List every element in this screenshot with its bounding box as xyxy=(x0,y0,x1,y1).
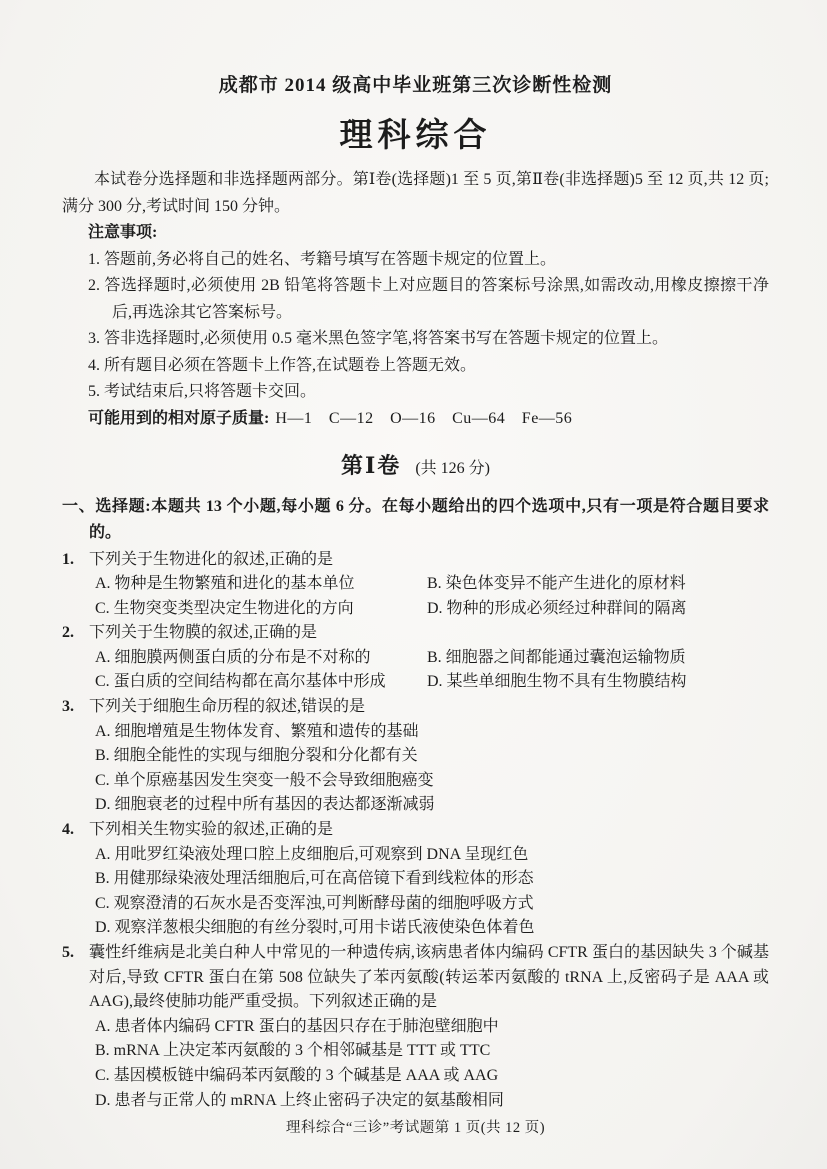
question-number: 5. xyxy=(62,941,89,1113)
option-a: A. 细胞增殖是生物体发育、繁殖和遗传的基础 xyxy=(95,720,769,745)
option-d: D. 患者与正常人的 mRNA 上终止密码子决定的氨基酸相同 xyxy=(95,1089,769,1114)
question-2: 2. 下列关于生物膜的叙述,正确的是 A. 细胞膜两侧蛋白质的分布是不对称的 B… xyxy=(62,621,769,695)
note-item-2: 2. 答选择题时,必须使用 2B 铅笔将答题卡上对应题目的答案标号涂黑,如需改动… xyxy=(88,273,769,326)
options-list: A. 细胞增殖是生物体发育、繁殖和遗传的基础 B. 细胞全能性的实现与细胞分裂和… xyxy=(95,720,769,818)
question-number: 3. xyxy=(62,695,89,818)
option-b: B. 用健那绿染液处理活细胞后,可在高倍镜下看到线粒体的形态 xyxy=(95,867,769,892)
atomic-mass-line: 可能用到的相对原子质量:H—1 C—12 O—16 Cu—64 Fe—56 xyxy=(88,406,769,432)
section-score: (共 126 分) xyxy=(415,460,490,477)
option-c: C. 观察澄清的石灰水是否变浑浊,可判断酵母菌的细胞呼吸方式 xyxy=(95,892,769,917)
option-a: A. 物种是生物繁殖和进化的基本单位 xyxy=(95,572,427,597)
question-1: 1. 下列关于生物进化的叙述,正确的是 A. 物种是生物繁殖和进化的基本单位 B… xyxy=(62,548,769,622)
question-number: 4. xyxy=(62,818,89,941)
note-item-3: 3. 答非选择题时,必须使用 0.5 毫米黑色签字笔,将答案书写在答题卡规定的位… xyxy=(88,326,769,353)
exam-page: 成都市 2014 级高中毕业班第三次诊断性检测 理科综合 本试卷分选择题和非选择… xyxy=(0,0,827,1169)
question-stem: 下列相关生物实验的叙述,正确的是 xyxy=(89,818,769,843)
intro-paragraph: 本试卷分选择题和非选择题两部分。第Ⅰ卷(选择题)1 至 5 页,第Ⅱ卷(非选择题… xyxy=(62,166,769,220)
atomic-mass-values: H—1 C—12 O—16 Cu—64 Fe—56 xyxy=(275,410,572,427)
option-d: D. 观察洋葱根尖细胞的有丝分裂时,可用卡诺氏液使染色体着色 xyxy=(95,916,769,941)
option-c: C. 单个原癌基因发生突变一般不会导致细胞癌变 xyxy=(95,769,769,794)
option-d: D. 细胞衰老的过程中所有基因的表达都逐渐减弱 xyxy=(95,793,769,818)
option-c: C. 基因模板链中编码苯丙氨酸的 3 个碱基是 AAA 或 AAG xyxy=(95,1064,769,1089)
question-stem: 下列关于生物膜的叙述,正确的是 xyxy=(89,621,769,646)
exam-title: 理科综合 xyxy=(62,109,769,156)
question-stem: 下列关于细胞生命历程的叙述,错误的是 xyxy=(89,695,769,720)
page-footer: 理科综合“三诊”考试题第 1 页(共 12 页) xyxy=(62,1116,769,1137)
option-b: B. mRNA 上决定苯丙氨酸的 3 个相邻碱基是 TTT 或 TTC xyxy=(95,1039,769,1064)
option-c: C. 生物突变类型决定生物进化的方向 xyxy=(95,597,427,622)
exam-header-line: 成都市 2014 级高中毕业班第三次诊断性检测 xyxy=(62,70,769,97)
options-list: A. 用吡罗红染液处理口腔上皮细胞后,可观察到 DNA 呈现红色 B. 用健那绿… xyxy=(95,843,769,941)
option-a: A. 用吡罗红染液处理口腔上皮细胞后,可观察到 DNA 呈现红色 xyxy=(95,843,769,868)
question-4: 4. 下列相关生物实验的叙述,正确的是 A. 用吡罗红染液处理口腔上皮细胞后,可… xyxy=(62,818,769,941)
option-d: D. 物种的形成必须经过种群间的隔离 xyxy=(427,597,769,622)
option-c: C. 蛋白质的空间结构都在高尔基体中形成 xyxy=(95,670,427,695)
question-stem: 下列关于生物进化的叙述,正确的是 xyxy=(89,548,769,573)
notes-title: 注意事项: xyxy=(88,220,769,247)
option-b: B. 细胞全能性的实现与细胞分裂和分化都有关 xyxy=(95,744,769,769)
options-grid: A. 细胞膜两侧蛋白质的分布是不对称的 B. 细胞器之间都能通过囊泡运输物质 C… xyxy=(95,646,769,695)
question-5: 5. 囊性纤维病是北美白种人中常见的一种遗传病,该病患者体内编码 CFTR 蛋白… xyxy=(62,941,769,1113)
question-3: 3. 下列关于细胞生命历程的叙述,错误的是 A. 细胞增殖是生物体发育、繁殖和遗… xyxy=(62,695,769,818)
option-d: D. 某些单细胞生物不具有生物膜结构 xyxy=(427,670,769,695)
options-list: A. 患者体内编码 CFTR 蛋白的基因只存在于肺泡壁细胞中 B. mRNA 上… xyxy=(95,1015,769,1113)
section-instruction: 一、选择题:本题共 13 个小题,每小题 6 分。在每小题给出的四个选项中,只有… xyxy=(62,494,769,546)
note-item-5: 5. 考试结束后,只将答题卡交回。 xyxy=(88,379,769,406)
question-number: 2. xyxy=(62,621,89,695)
option-a: A. 患者体内编码 CFTR 蛋白的基因只存在于肺泡壁细胞中 xyxy=(95,1015,769,1040)
section-title: 第Ⅰ卷 xyxy=(341,453,401,478)
notes-block: 注意事项: 1. 答题前,务必将自己的姓名、考籍号填写在答题卡规定的位置上。 2… xyxy=(88,220,769,406)
options-grid: A. 物种是生物繁殖和进化的基本单位 B. 染色体变异不能产生进化的原材料 C.… xyxy=(95,572,769,621)
option-b: B. 染色体变异不能产生进化的原材料 xyxy=(427,572,769,597)
option-a: A. 细胞膜两侧蛋白质的分布是不对称的 xyxy=(95,646,427,671)
section-heading: 第Ⅰ卷(共 126 分) xyxy=(62,449,769,480)
question-number: 1. xyxy=(62,548,89,622)
note-item-1: 1. 答题前,务必将自己的姓名、考籍号填写在答题卡规定的位置上。 xyxy=(88,247,769,274)
option-b: B. 细胞器之间都能通过囊泡运输物质 xyxy=(427,646,769,671)
note-item-4: 4. 所有题目必须在答题卡上作答,在试题卷上答题无效。 xyxy=(88,353,769,380)
atomic-mass-label: 可能用到的相对原子质量: xyxy=(88,410,269,427)
question-stem: 囊性纤维病是北美白种人中常见的一种遗传病,该病患者体内编码 CFTR 蛋白的基因… xyxy=(89,941,769,1015)
